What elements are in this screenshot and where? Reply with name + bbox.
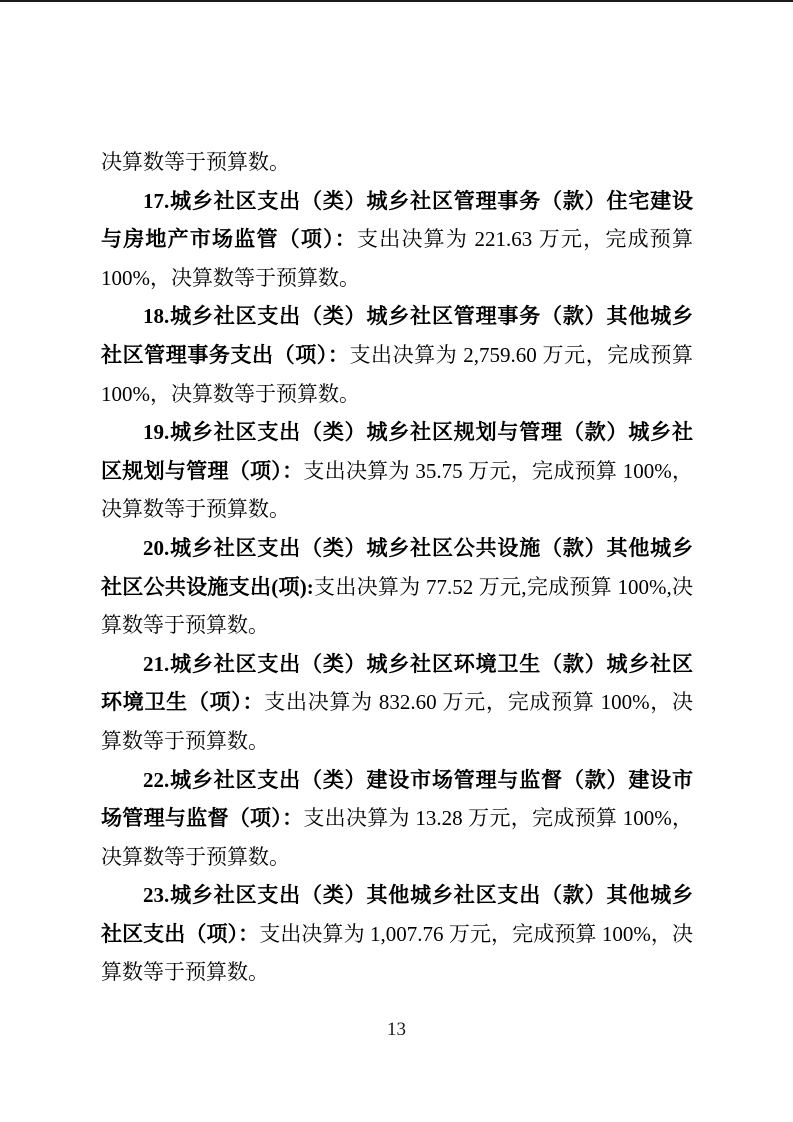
body-text-block: 决算数等于预算数。 17.城乡社区支出（类）城乡社区管理事务（款）住宅建设与房地… xyxy=(101,143,693,992)
page-number: 13 xyxy=(0,1016,793,1044)
budget-item-20: 20.城乡社区支出（类）城乡社区公共设施（款）其他城乡社区公共设施支出(项):支… xyxy=(101,529,693,645)
budget-item-23: 23.城乡社区支出（类）其他城乡社区支出（款）其他城乡社区支出（项）：支出决算为… xyxy=(101,876,693,992)
budget-item-22: 22.城乡社区支出（类）建设市场管理与监督（款）建设市场管理与监督（项）：支出决… xyxy=(101,761,693,877)
budget-item-17: 17.城乡社区支出（类）城乡社区管理事务（款）住宅建设与房地产市场监管（项）：支… xyxy=(101,182,693,298)
budget-item-18: 18.城乡社区支出（类）城乡社区管理事务（款）其他城乡社区管理事务支出（项）：支… xyxy=(101,297,693,413)
budget-item-19: 19.城乡社区支出（类）城乡社区规划与管理（款）城乡社区规划与管理（项）：支出决… xyxy=(101,413,693,529)
page-top-border xyxy=(0,0,793,2)
budget-item-21: 21.城乡社区支出（类）城乡社区环境卫生（款）城乡社区环境卫生（项）：支出决算为… xyxy=(101,645,693,761)
paragraph-continuation: 决算数等于预算数。 xyxy=(101,143,693,182)
continuation-text: 决算数等于预算数。 xyxy=(101,150,290,174)
document-page: 决算数等于预算数。 17.城乡社区支出（类）城乡社区管理事务（款）住宅建设与房地… xyxy=(0,0,793,1122)
